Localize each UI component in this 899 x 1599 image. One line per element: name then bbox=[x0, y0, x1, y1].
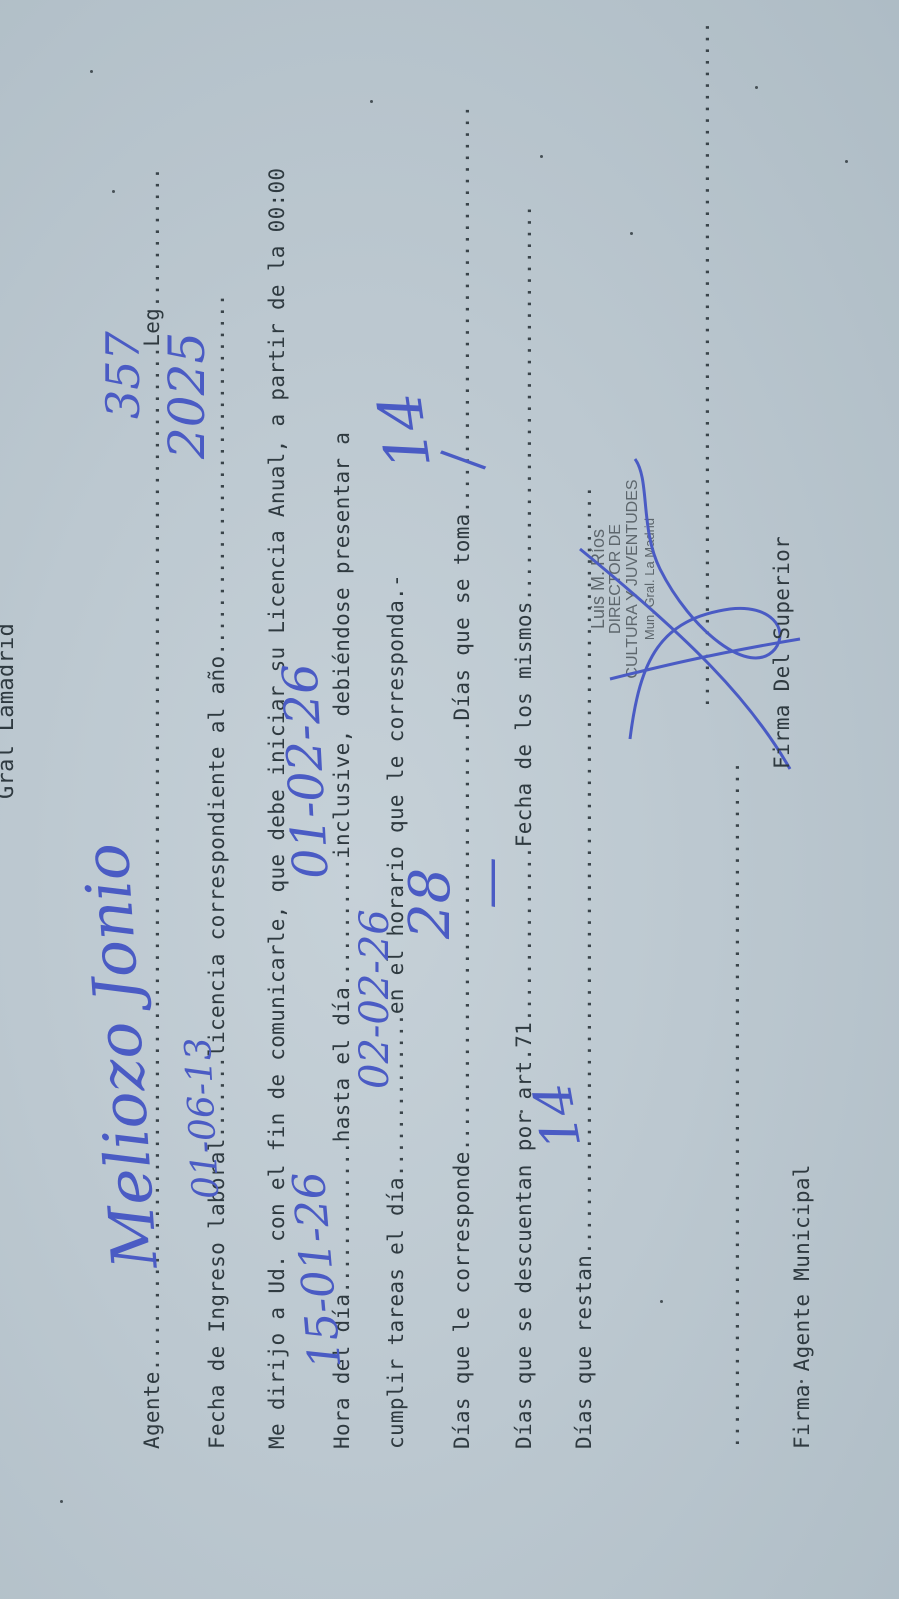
fecha-ingreso-value: 01-06-13 bbox=[178, 1036, 227, 1200]
paper-speck bbox=[660, 1300, 663, 1303]
fecha-ingreso-row: Fecha de Ingreso laboral.......licencia … bbox=[205, 295, 229, 1449]
licencia-anio-label: licencia correspondiente al año bbox=[205, 656, 229, 1057]
leave-form-sheet: Gral Lamadrid Agente....................… bbox=[0, 0, 899, 1599]
dias-corresponde-label: Días que le corresponde bbox=[450, 1151, 474, 1449]
cumplir-label: cumplir tareas el día bbox=[384, 1177, 408, 1449]
dias-corresponde-row: Días que le corresponde.................… bbox=[450, 106, 474, 1449]
paper-speck bbox=[520, 1110, 523, 1113]
dias-restan-value: 14 bbox=[523, 1078, 594, 1154]
paper-speck bbox=[112, 190, 115, 193]
paper-speck bbox=[540, 155, 543, 158]
agente-signature-line: ........................................… bbox=[720, 762, 744, 1449]
paper-speck bbox=[845, 160, 848, 163]
header-partial: Gral Lamadrid bbox=[0, 623, 19, 799]
dias-toma-value: 14 bbox=[365, 388, 445, 473]
hasta-value: 01-02-26 bbox=[272, 662, 339, 880]
paper-speck bbox=[90, 70, 93, 73]
paper-speck bbox=[370, 100, 373, 103]
agente-signature-label: Firma Agente Municipal bbox=[790, 1164, 814, 1449]
superior-signature-scribble bbox=[540, 419, 840, 779]
dias-corresponde-value: 28 bbox=[398, 868, 463, 939]
legajo-value: 357 bbox=[96, 331, 150, 419]
paper-speck bbox=[755, 86, 758, 89]
superior-signature-label: Firma Del Superior bbox=[770, 536, 794, 769]
paper-speck bbox=[800, 1380, 803, 1383]
paper-speck bbox=[60, 1500, 63, 1503]
dias-restan-label: Días que restan bbox=[572, 1255, 596, 1449]
agente-label-text: Agente bbox=[140, 1371, 164, 1449]
reintegro-value: 02-02-26 bbox=[352, 909, 398, 1089]
fecha-mismos-label: Fecha de los mismos bbox=[512, 601, 536, 847]
dias-descuentan-row: Días que se descuentan por art.71.......… bbox=[512, 205, 536, 1449]
licencia-anio-value: 2025 bbox=[158, 332, 216, 459]
dias-toma-label: Días que se toma bbox=[450, 513, 474, 720]
dias-descuentan-value: — bbox=[460, 857, 520, 909]
paper-speck bbox=[630, 232, 633, 235]
hasta-label: hasta el día bbox=[330, 987, 354, 1142]
